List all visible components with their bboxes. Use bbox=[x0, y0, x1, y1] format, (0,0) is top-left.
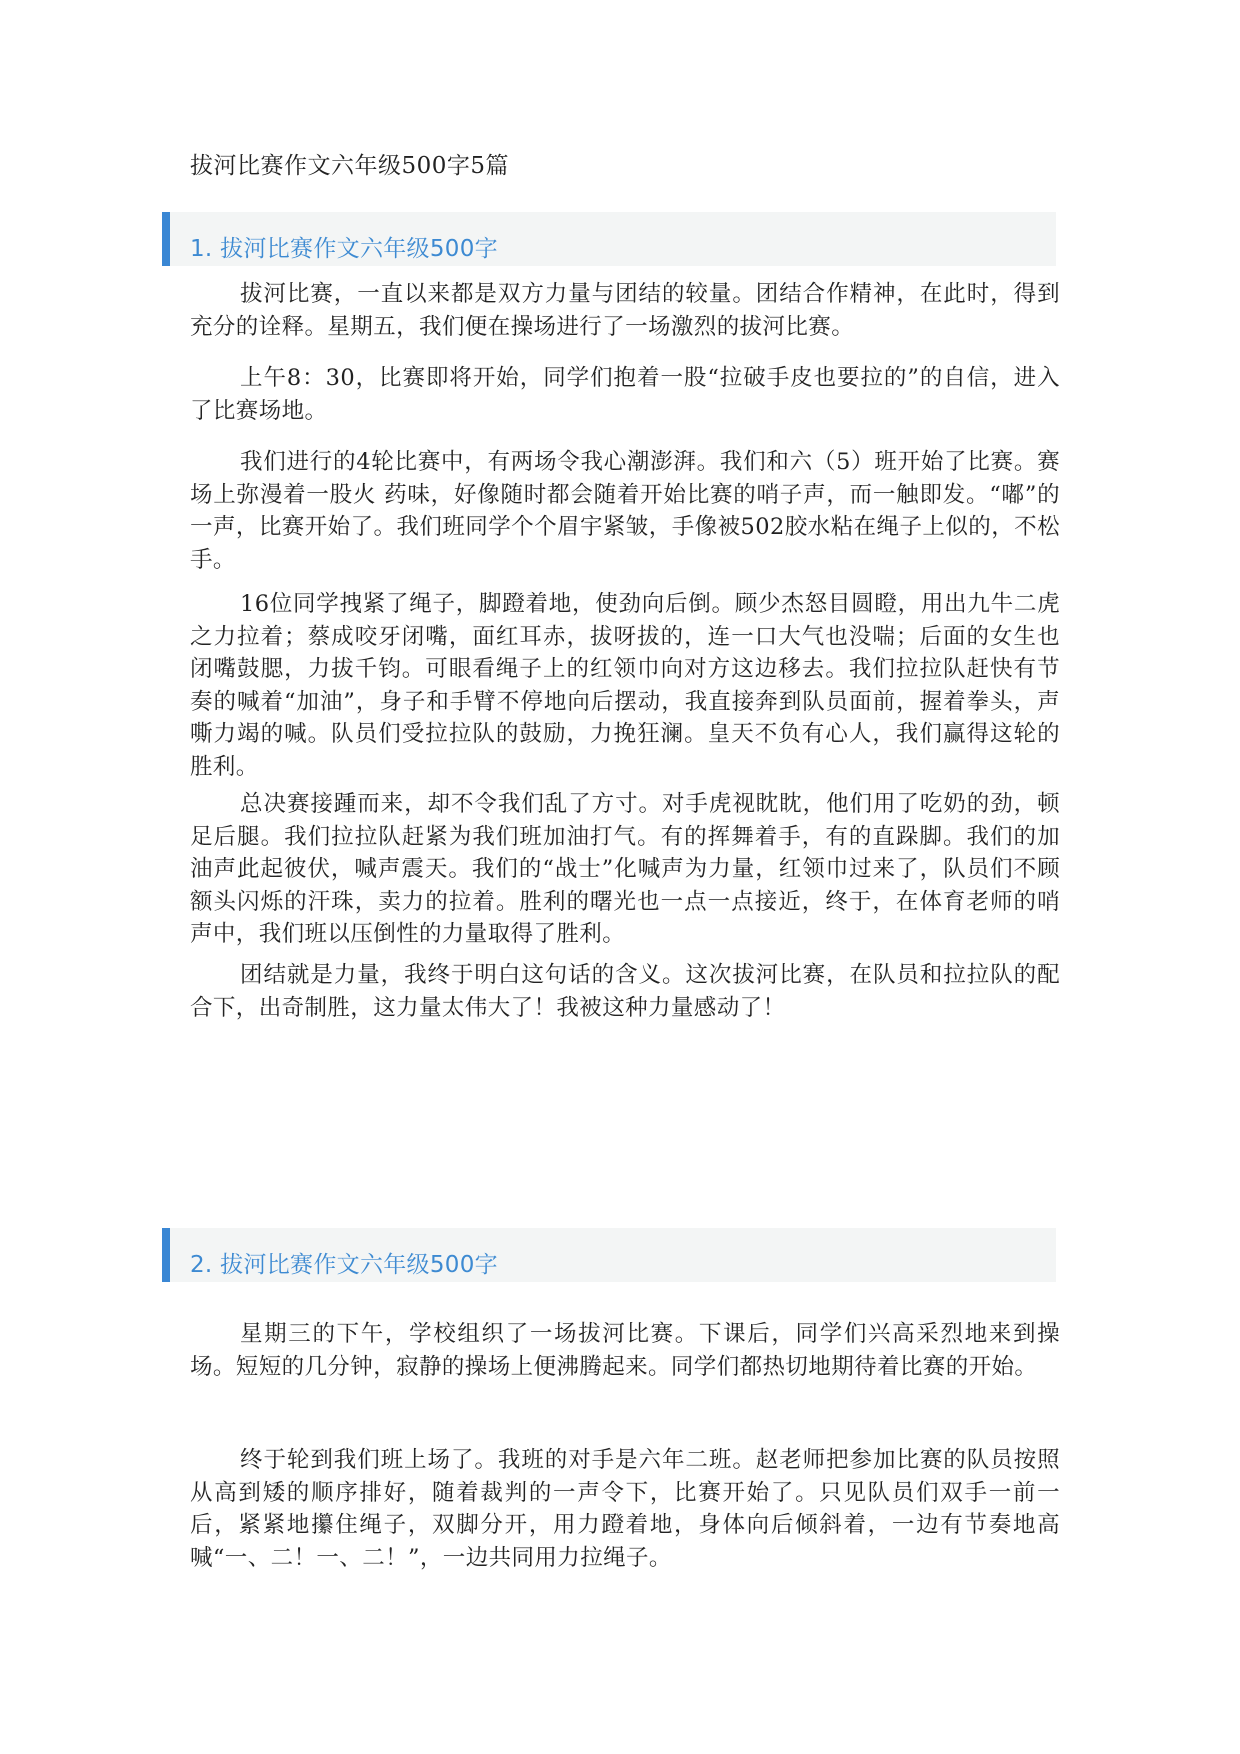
paragraph: 上午8：30，比赛即将开始，同学们抱着一股“拉破手皮也要拉的”的自信，进入了比赛… bbox=[190, 362, 1060, 427]
paragraph: 16位同学拽紧了绳子，脚蹬着地，使劲向后倒。顾少杰怒目圆瞪，用出九牛二虎之力拉着… bbox=[190, 588, 1060, 783]
section-heading-2-text: 2. 拔河比赛作文六年级500字 bbox=[190, 1250, 498, 1280]
paragraph: 我们进行的4轮比赛中，有两场令我心潮澎湃。我们和六（5）班开始了比赛。赛场上弥漫… bbox=[190, 446, 1060, 576]
section-heading-1-text: 1. 拔河比赛作文六年级500字 bbox=[190, 234, 498, 264]
paragraph: 总决赛接踵而来，却不令我们乱了方寸。对手虎视眈眈，他们用了吃奶的劲，顿足后腿。我… bbox=[190, 788, 1060, 951]
document-page: 拔河比赛作文六年级500字5篇 1. 拔河比赛作文六年级500字 拔河比赛，一直… bbox=[0, 0, 1240, 1754]
section-heading-2: 2. 拔河比赛作文六年级500字 bbox=[162, 1228, 1056, 1282]
paragraph: 团结就是力量，我终于明白这句话的含义。这次拔河比赛，在队员和拉拉队的配合下，出奇… bbox=[190, 959, 1060, 1024]
document-title: 拔河比赛作文六年级500字5篇 bbox=[190, 150, 509, 182]
paragraph: 星期三的下午，学校组织了一场拔河比赛。下课后，同学们兴高采烈地来到操场。短短的几… bbox=[190, 1318, 1060, 1383]
section-heading-1: 1. 拔河比赛作文六年级500字 bbox=[162, 212, 1056, 266]
paragraph: 终于轮到我们班上场了。我班的对手是六年二班。赵老师把参加比赛的队员按照从高到矮的… bbox=[190, 1444, 1060, 1574]
paragraph: 拔河比赛，一直以来都是双方力量与团结的较量。团结合作精神，在此时，得到充分的诠释… bbox=[190, 278, 1060, 343]
